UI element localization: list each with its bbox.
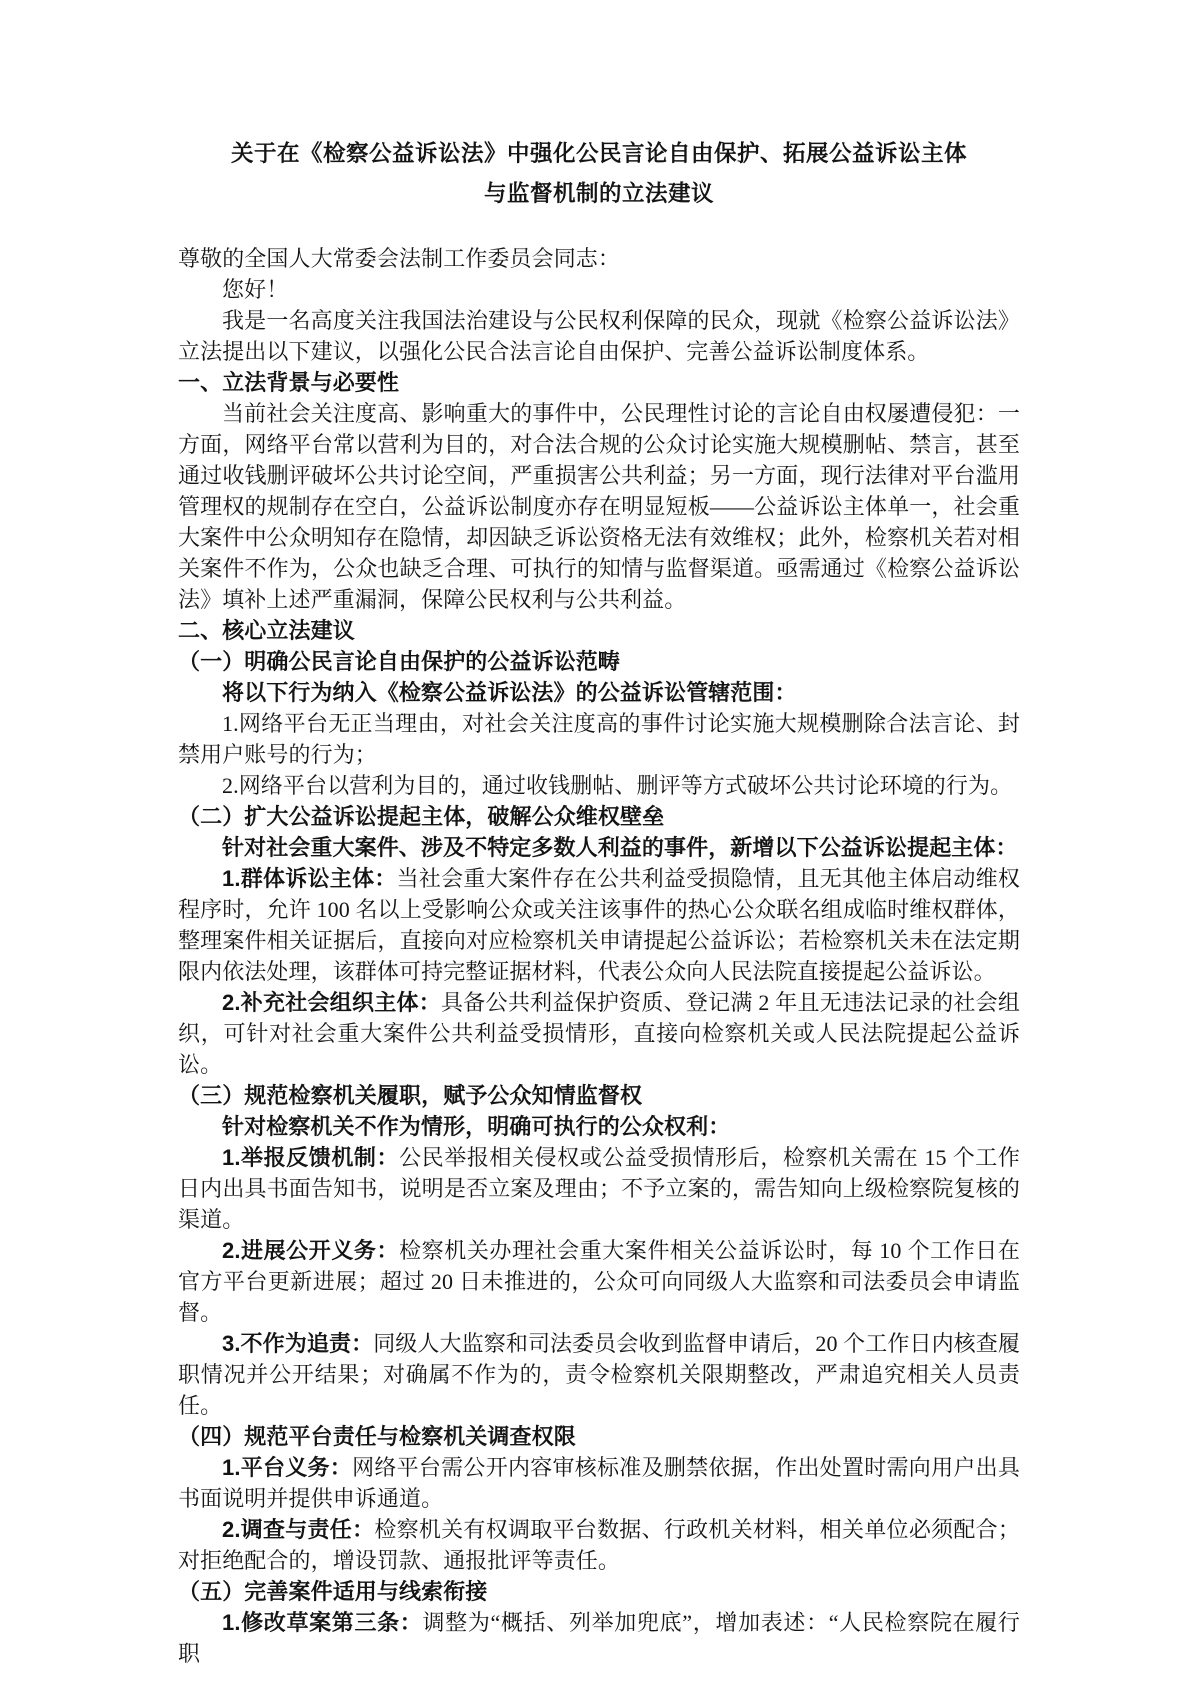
subsection-5-heading: （五）完善案件适用与线索衔接 [178, 1576, 1020, 1607]
item-label: 2.调查与责任： [222, 1517, 374, 1542]
list-item: 3.不作为追责：同级人大监察和司法委员会收到监督申请后，20 个工作日内核查履职… [178, 1328, 1020, 1421]
document-page: 关于在《检察公益诉讼法》中强化公民言论自由保护、拓展公益诉讼主体 与监督机制的立… [0, 0, 1190, 1683]
subsection-2-heading: （二）扩大公益诉讼提起主体，破解公众维权壁垒 [178, 801, 1020, 832]
list-item: 1.网络平台无正当理由，对社会关注度高的事件讨论实施大规模删除合法言论、封禁用户… [178, 708, 1020, 770]
subsection-4-heading: （四）规范平台责任与检察机关调查权限 [178, 1421, 1020, 1452]
item-label: 1.群体诉讼主体： [222, 866, 397, 891]
greeting: 您好！ [178, 274, 1020, 305]
item-label: 2.补充社会组织主体： [222, 990, 441, 1015]
list-item: 1.平台义务：网络平台需公开内容审核标准及删禁依据，作出处置时需向用户出具书面说… [178, 1452, 1020, 1514]
item-label: 1.平台义务： [222, 1455, 352, 1480]
list-item: 2.调查与责任：检察机关有权调取平台数据、行政机关材料，相关单位必须配合；对拒绝… [178, 1514, 1020, 1576]
section-1-heading: 一、立法背景与必要性 [178, 367, 1020, 398]
subsection-1-heading: （一）明确公民言论自由保护的公益诉讼范畴 [178, 646, 1020, 677]
subsection-3-lead: 针对检察机关不作为情形，明确可执行的公众权利： [178, 1111, 1020, 1142]
item-label: 2.进展公开义务： [222, 1238, 399, 1263]
section-2-heading: 二、核心立法建议 [178, 615, 1020, 646]
item-label: 3.不作为追责： [222, 1331, 373, 1356]
list-item: 2.进展公开义务：检察机关办理社会重大案件相关公益诉讼时，每 10 个工作日在官… [178, 1235, 1020, 1328]
item-text: 2.网络平台以营利为目的，通过收钱删帖、删评等方式破坏公共讨论环境的行为。 [222, 773, 1012, 798]
intro-paragraph: 我是一名高度关注我国法治建设与公民权利保障的民众，现就《检察公益诉讼法》立法提出… [178, 305, 1020, 367]
item-label: 1.修改草案第三条： [222, 1610, 422, 1635]
list-item: 1.修改草案第三条：调整为“概括、列举加兜底”，增加表述：“人民检察院在履行职 [178, 1607, 1020, 1669]
document-title: 关于在《检察公益诉讼法》中强化公民言论自由保护、拓展公益诉讼主体 与监督机制的立… [178, 134, 1020, 214]
list-item: 1.群体诉讼主体：当社会重大案件存在公共利益受损隐情，且无其他主体启动维权程序时… [178, 863, 1020, 987]
subsection-1-lead: 将以下行为纳入《检察公益诉讼法》的公益诉讼管辖范围： [178, 677, 1020, 708]
title-line-2: 与监督机制的立法建议 [178, 174, 1020, 214]
title-line-1: 关于在《检察公益诉讼法》中强化公民言论自由保护、拓展公益诉讼主体 [178, 134, 1020, 174]
item-text: 1.网络平台无正当理由，对社会关注度高的事件讨论实施大规模删除合法言论、封禁用户… [178, 711, 1020, 767]
section-1-paragraph: 当前社会关注度高、影响重大的事件中，公民理性讨论的言论自由权屡遭侵犯：一方面，网… [178, 398, 1020, 615]
subsection-3-heading: （三）规范检察机关履职，赋予公众知情监督权 [178, 1080, 1020, 1111]
item-label: 1.举报反馈机制： [222, 1145, 399, 1170]
list-item: 1.举报反馈机制：公民举报相关侵权或公益受损情形后，检察机关需在 15 个工作日… [178, 1142, 1020, 1235]
list-item: 2.补充社会组织主体：具备公共利益保护资质、登记满 2 年且无违法记录的社会组织… [178, 987, 1020, 1080]
salutation: 尊敬的全国人大常委会法制工作委员会同志： [178, 243, 1020, 274]
subsection-2-lead: 针对社会重大案件、涉及不特定多数人利益的事件，新增以下公益诉讼提起主体： [178, 832, 1020, 863]
list-item: 2.网络平台以营利为目的，通过收钱删帖、删评等方式破坏公共讨论环境的行为。 [178, 770, 1020, 801]
